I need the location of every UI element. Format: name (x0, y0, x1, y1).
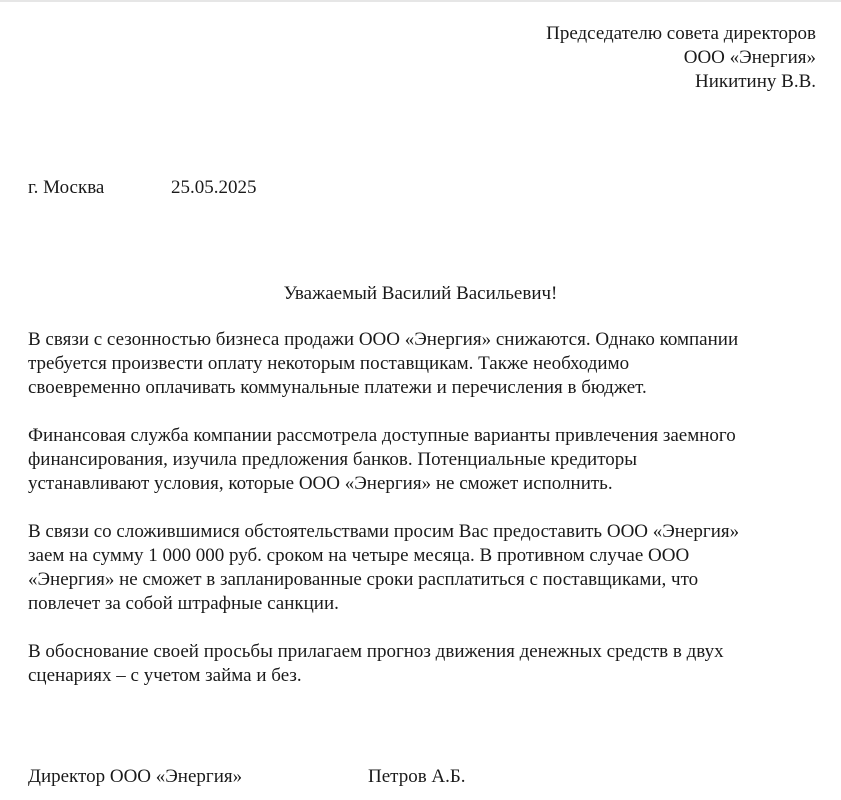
signer-position: Директор ООО «Энергия» (28, 765, 368, 789)
date: 25.05.2025 (171, 177, 257, 198)
city: г. Москва (28, 176, 171, 200)
letter-body: В связи с сезонностью бизнеса продажи ОО… (28, 328, 828, 712)
paragraph-line: В связи со сложившимися обстоятельствами… (28, 520, 828, 544)
addressee-block: Председателю совета директоров ООО «Энер… (546, 22, 816, 94)
paragraph-line: устанавливают условия, которые ООО «Энер… (28, 472, 828, 496)
paragraph-line: В связи с сезонностью бизнеса продажи ОО… (28, 328, 828, 352)
paragraph-line: финансирования, изучила предложения банк… (28, 448, 828, 472)
paragraph-2: Финансовая служба компании рассмотрела д… (28, 424, 828, 496)
paragraph-line: заем на сумму 1 000 000 руб. сроком на ч… (28, 544, 828, 568)
paragraph-1: В связи с сезонностью бизнеса продажи ОО… (28, 328, 828, 400)
paragraph-3: В связи со сложившимися обстоятельствами… (28, 520, 828, 616)
paragraph-line: Финансовая служба компании рассмотрела д… (28, 424, 828, 448)
paragraph-line: повлечет за собой штрафные санкции. (28, 592, 828, 616)
place-date-line: г. Москва25.05.2025 (28, 176, 257, 200)
paragraph-line: В обоснование своей просьбы прилагаем пр… (28, 640, 828, 664)
paragraph-line: требуется произвести оплату некоторым по… (28, 352, 828, 376)
salutation: Уважаемый Василий Васильевич! (0, 282, 841, 306)
addressee-name: Никитину В.В. (546, 70, 816, 94)
addressee-company: ООО «Энергия» (546, 46, 816, 70)
paragraph-line: своевременно оплачивать коммунальные пла… (28, 376, 828, 400)
paragraph-4: В обоснование своей просьбы прилагаем пр… (28, 640, 828, 688)
signer-name: Петров А.Б. (368, 766, 466, 787)
addressee-title: Председателю совета директоров (546, 22, 816, 46)
paragraph-line: «Энергия» не сможет в запланированные ср… (28, 568, 828, 592)
signature-line: Директор ООО «Энергия»Петров А.Б. (28, 765, 466, 789)
paragraph-line: сценариях – с учетом займа и без. (28, 664, 828, 688)
